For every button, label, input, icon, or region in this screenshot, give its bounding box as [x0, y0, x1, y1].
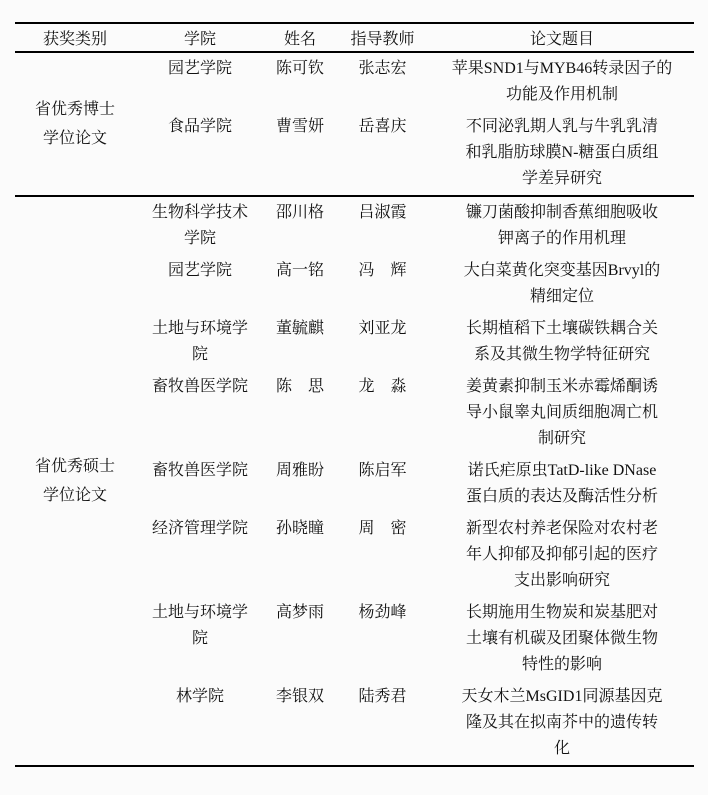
advisor-cell: 周 密: [335, 516, 430, 542]
advisor-cell: 冯 辉: [335, 258, 430, 284]
college-cell: 土地与环境学 院: [135, 600, 265, 652]
college-cell: 生物科学技术 学院: [135, 200, 265, 252]
title-text: 镰刀菌酸抑制香蕉细胞吸收 钾离子的作用机理: [466, 200, 658, 252]
section-masters: 省优秀硕士 学位论文 生物科学技术 学院 邵川格 吕淑霞 镰刀菌酸抑制香蕉细胞吸…: [15, 197, 694, 765]
title-cell: 诺氏疟原虫TatD-like DNase 蛋白质的表达及酶活性分析: [430, 458, 694, 510]
section-doctoral: 省优秀博士 学位论文 园艺学院 陈可钦 张志宏 苹果SND1与MYB46转录因子…: [15, 53, 694, 195]
section-masters-entries: 生物科学技术 学院 邵川格 吕淑霞 镰刀菌酸抑制香蕉细胞吸收 钾离子的作用机理 …: [135, 197, 694, 765]
name-cell: 孙晓瞳: [265, 516, 335, 542]
advisor-cell: 龙 淼: [335, 374, 430, 400]
title-text: 苹果SND1与MYB46转录因子的 功能及作用机制: [452, 56, 672, 108]
awards-table: 获奖类别 学院 姓名 指导教师 论文题目 省优秀博士 学位论文 园艺学院 陈可钦…: [15, 22, 694, 767]
college-text: 畜牧兽医学院: [152, 374, 248, 400]
header-title: 论文题目: [430, 26, 694, 49]
advisor-cell: 刘亚龙: [335, 316, 430, 342]
college-cell: 土地与环境学 院: [135, 316, 265, 368]
title-text: 大白菜黄化突变基因Brvyl的 精细定位: [464, 258, 660, 310]
title-text: 不同泌乳期人乳与牛乳乳清 和乳脂肪球膜N-糖蛋白质组 学差异研究: [466, 114, 659, 192]
college-text: 生物科学技术 学院: [152, 200, 248, 252]
table-header-row: 获奖类别 学院 姓名 指导教师 论文题目: [15, 24, 694, 51]
table-row: 畜牧兽医学院 陈 思 龙 淼 姜黄素抑制玉米赤霉烯酮诱 导小鼠睾丸间质细胞凋亡机…: [135, 371, 694, 455]
title-cell: 长期植稻下土壤碳铁耦合关 系及其微生物学特征研究: [430, 316, 694, 368]
college-text: 土地与环境学 院: [152, 600, 248, 652]
advisor-cell: 陈启军: [335, 458, 430, 484]
name-cell: 高梦雨: [265, 600, 335, 626]
college-text: 食品学院: [168, 114, 232, 140]
table-row: 土地与环境学 院 高梦雨 杨劲峰 长期施用生物炭和炭基肥对 土壤有机碳及团聚体微…: [135, 597, 694, 681]
title-text: 新型农村养老保险对农村老 年人抑郁及抑郁引起的医疗 支出影响研究: [466, 516, 658, 594]
college-text: 园艺学院: [168, 258, 232, 284]
title-text: 长期施用生物炭和炭基肥对 土壤有机碳及团聚体微生物 特性的影响: [466, 600, 658, 678]
college-cell: 园艺学院: [135, 56, 265, 82]
category-label-masters: 省优秀硕士 学位论文: [15, 197, 135, 765]
college-text: 园艺学院: [168, 56, 232, 82]
category-label-doctoral: 省优秀博士 学位论文: [15, 53, 135, 195]
name-cell: 高一铭: [265, 258, 335, 284]
name-cell: 曹雪妍: [265, 114, 335, 140]
table-row: 生物科学技术 学院 邵川格 吕淑霞 镰刀菌酸抑制香蕉细胞吸收 钾离子的作用机理: [135, 197, 694, 255]
college-text: 土地与环境学 院: [152, 316, 248, 368]
advisor-cell: 陆秀君: [335, 684, 430, 710]
title-text: 诺氏疟原虫TatD-like DNase 蛋白质的表达及酶活性分析: [466, 458, 658, 510]
title-cell: 不同泌乳期人乳与牛乳乳清 和乳脂肪球膜N-糖蛋白质组 学差异研究: [430, 114, 694, 192]
table-row: 经济管理学院 孙晓瞳 周 密 新型农村养老保险对农村老 年人抑郁及抑郁引起的医疗…: [135, 513, 694, 597]
table-row: 土地与环境学 院 董毓麒 刘亚龙 长期植稻下土壤碳铁耦合关 系及其微生物学特征研…: [135, 313, 694, 371]
college-cell: 畜牧兽医学院: [135, 374, 265, 400]
table-row: 食品学院 曹雪妍 岳喜庆 不同泌乳期人乳与牛乳乳清 和乳脂肪球膜N-糖蛋白质组 …: [135, 111, 694, 195]
college-text: 经济管理学院: [152, 516, 248, 542]
name-cell: 周雅盼: [265, 458, 335, 484]
header-advisor: 指导教师: [335, 26, 430, 49]
title-cell: 苹果SND1与MYB46转录因子的 功能及作用机制: [430, 56, 694, 108]
table-bottom-rule: [15, 765, 694, 767]
title-cell: 长期施用生物炭和炭基肥对 土壤有机碳及团聚体微生物 特性的影响: [430, 600, 694, 678]
advisor-cell: 杨劲峰: [335, 600, 430, 626]
advisor-cell: 吕淑霞: [335, 200, 430, 226]
college-cell: 畜牧兽医学院: [135, 458, 265, 484]
title-text: 长期植稻下土壤碳铁耦合关 系及其微生物学特征研究: [466, 316, 658, 368]
title-cell: 新型农村养老保险对农村老 年人抑郁及抑郁引起的医疗 支出影响研究: [430, 516, 694, 594]
advisor-cell: 张志宏: [335, 56, 430, 82]
college-cell: 林学院: [135, 684, 265, 710]
title-cell: 大白菜黄化突变基因Brvyl的 精细定位: [430, 258, 694, 310]
table-row: 园艺学院 陈可钦 张志宏 苹果SND1与MYB46转录因子的 功能及作用机制: [135, 53, 694, 111]
title-cell: 天女木兰MsGID1同源基因克 隆及其在拟南芥中的遗传转 化: [430, 684, 694, 762]
header-name: 姓名: [265, 26, 335, 49]
header-category: 获奖类别: [15, 26, 135, 49]
college-cell: 食品学院: [135, 114, 265, 140]
college-cell: 经济管理学院: [135, 516, 265, 542]
name-cell: 邵川格: [265, 200, 335, 226]
name-cell: 李银双: [265, 684, 335, 710]
name-cell: 陈可钦: [265, 56, 335, 82]
advisor-cell: 岳喜庆: [335, 114, 430, 140]
header-college: 学院: [135, 26, 265, 49]
college-cell: 园艺学院: [135, 258, 265, 284]
title-text: 天女木兰MsGID1同源基因克 隆及其在拟南芥中的遗传转 化: [462, 684, 663, 762]
table-row: 园艺学院 高一铭 冯 辉 大白菜黄化突变基因Brvyl的 精细定位: [135, 255, 694, 313]
title-text: 姜黄素抑制玉米赤霉烯酮诱 导小鼠睾丸间质细胞凋亡机 制研究: [466, 374, 658, 452]
title-cell: 镰刀菌酸抑制香蕉细胞吸收 钾离子的作用机理: [430, 200, 694, 252]
title-cell: 姜黄素抑制玉米赤霉烯酮诱 导小鼠睾丸间质细胞凋亡机 制研究: [430, 374, 694, 452]
name-cell: 董毓麒: [265, 316, 335, 342]
table-row: 畜牧兽医学院 周雅盼 陈启军 诺氏疟原虫TatD-like DNase 蛋白质的…: [135, 455, 694, 513]
name-cell: 陈 思: [265, 374, 335, 400]
table-row: 林学院 李银双 陆秀君 天女木兰MsGID1同源基因克 隆及其在拟南芥中的遗传转…: [135, 681, 694, 765]
section-doctoral-entries: 园艺学院 陈可钦 张志宏 苹果SND1与MYB46转录因子的 功能及作用机制 食…: [135, 53, 694, 195]
college-text: 畜牧兽医学院: [152, 458, 248, 484]
college-text: 林学院: [176, 684, 224, 710]
